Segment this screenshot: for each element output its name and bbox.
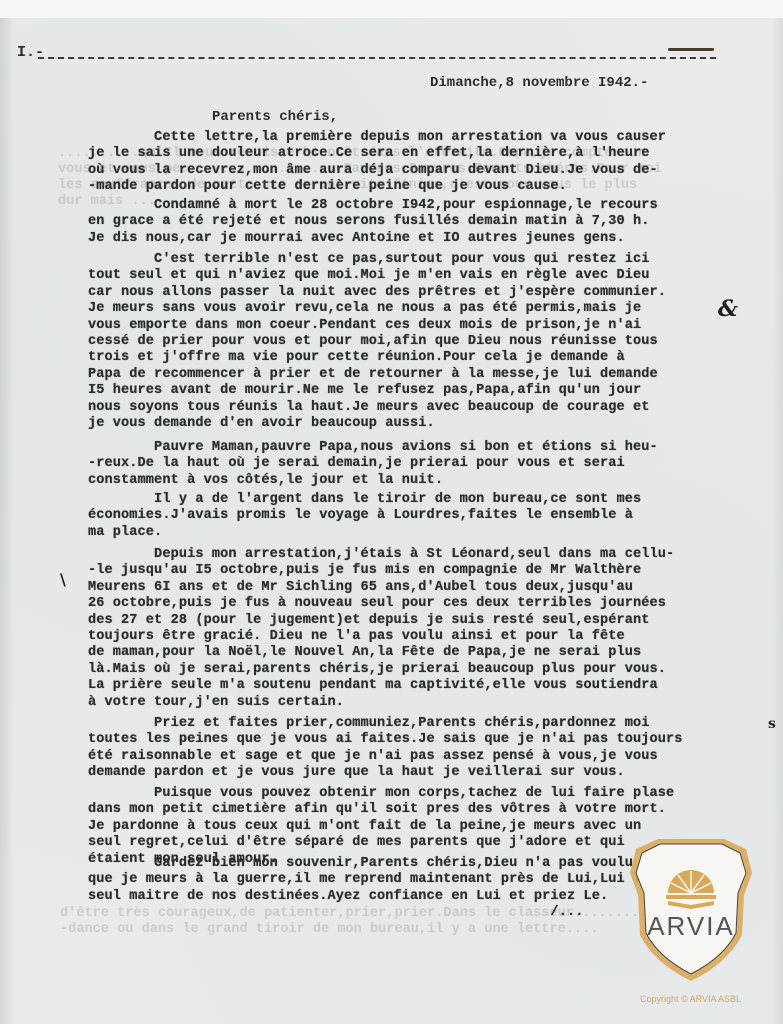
paragraph: Depuis mon arrestation,j'étais à St Léon… xyxy=(88,547,768,711)
handwritten-correction: & xyxy=(718,296,738,322)
paragraph: Il y a de l'argent dans le tiroir de mon… xyxy=(88,492,768,541)
paragraph: Cette lettre,la première depuis mon arre… xyxy=(88,130,768,196)
handwritten-correction: s xyxy=(768,716,776,732)
bleed-through-line: -dance ou dans le grand tiroir de mon bu… xyxy=(60,922,598,938)
paragraph: Condamné à mort le 28 octobre I942,pour … xyxy=(88,198,768,247)
page-top-edge xyxy=(0,0,783,19)
letter-date: Dimanche,8 novembre I942.- xyxy=(430,75,648,91)
logo-text: ARVIA xyxy=(647,911,735,941)
salutation: Parents chéris, xyxy=(212,109,338,125)
ink-mark xyxy=(668,48,714,51)
arvia-shield-logo: ARVIA xyxy=(628,835,754,985)
paragraph: Priez et faites prier,communiez,Parents … xyxy=(88,716,768,782)
copyright-notice: Copyright © ARVIA ASBL xyxy=(640,994,741,1004)
paragraph: C'est terrible n'est ce pas,surtout pour… xyxy=(88,252,768,432)
handwritten-mark: \ xyxy=(60,570,66,589)
paragraph: Pauvre Maman,pauvre Papa,nous avions si … xyxy=(88,440,768,489)
header-dashed-rule xyxy=(38,57,716,59)
